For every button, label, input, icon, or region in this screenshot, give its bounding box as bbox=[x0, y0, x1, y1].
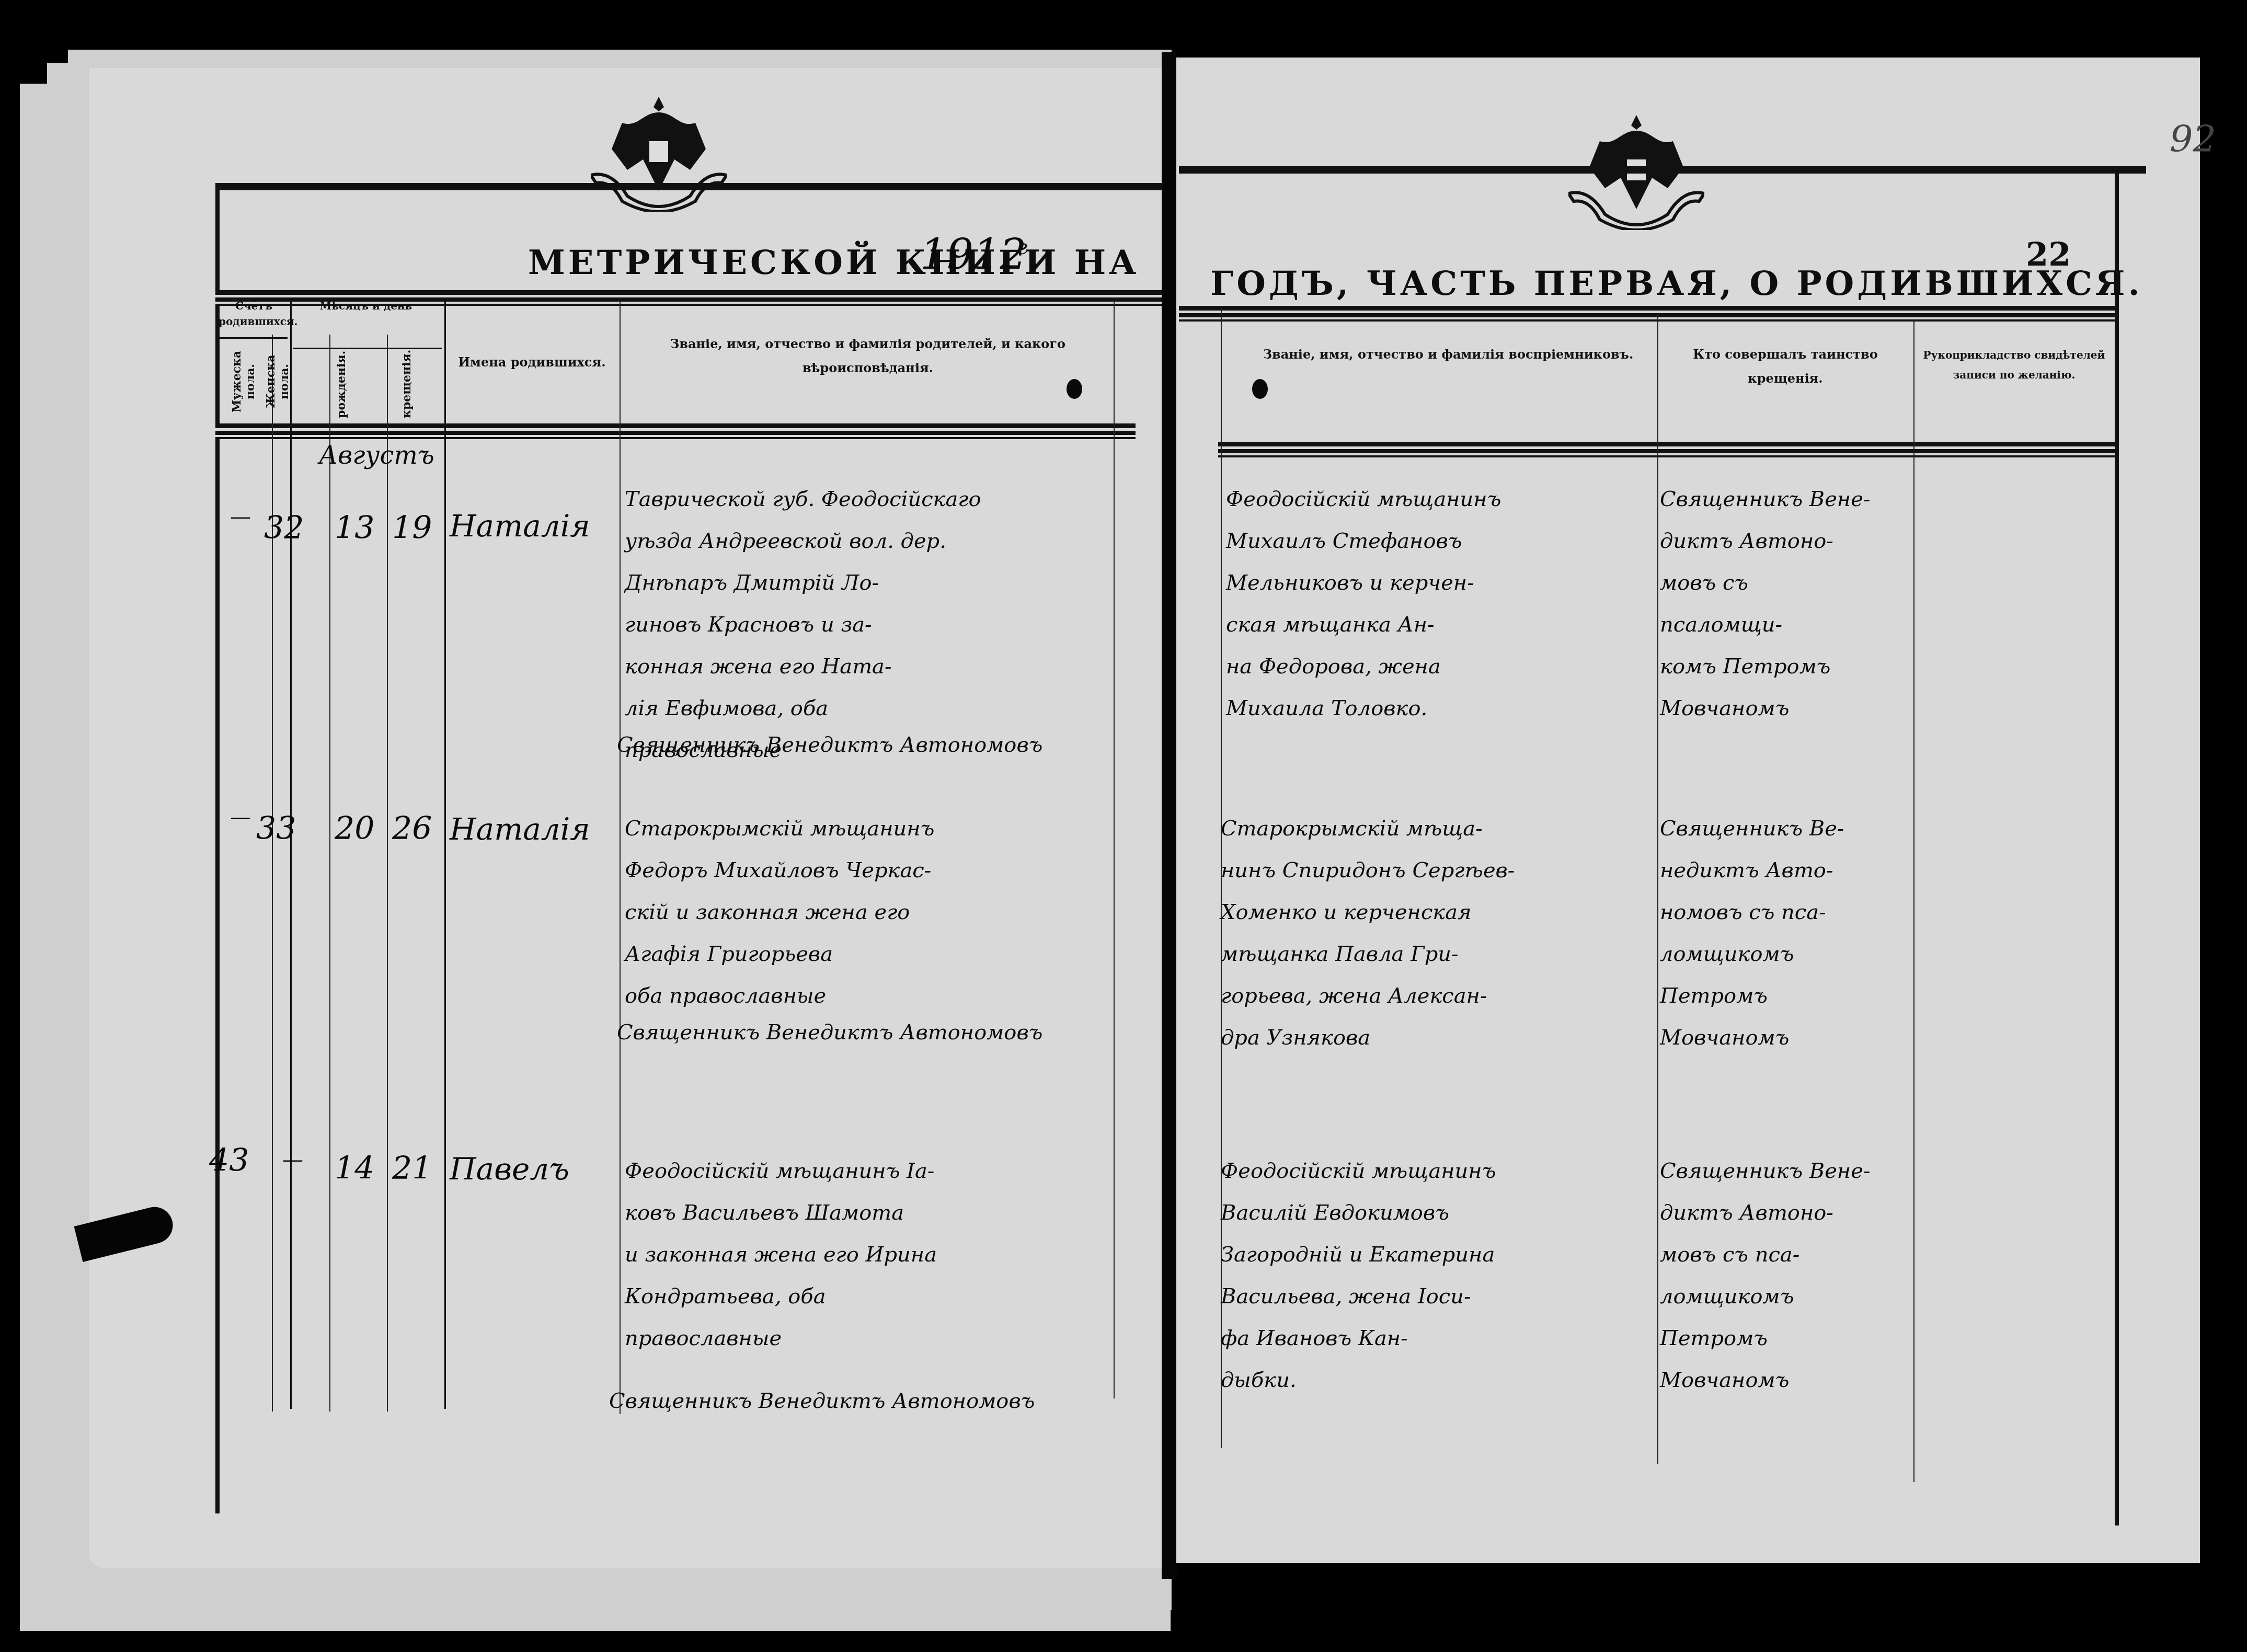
header-date-baptism: крещенія. bbox=[400, 353, 414, 418]
entry-3-parents-signature: Священникъ Венедиктъ Автономовъ bbox=[609, 1380, 1080, 1422]
header-count-group: Счётъ родившихся. bbox=[219, 298, 289, 329]
subheader-rule-date bbox=[293, 348, 442, 349]
entry-3-parents: Феодосійскій мѣщанинъ Іа- ковъ Васильевъ… bbox=[625, 1150, 1111, 1359]
archive-folio-number: 92 bbox=[2170, 118, 2216, 160]
entry-2-male-no: — bbox=[230, 805, 251, 829]
imperial-eagle-emblem-left bbox=[591, 91, 727, 214]
col-rule-6 bbox=[620, 301, 621, 1414]
header-date-birth: рожденія. bbox=[335, 353, 348, 418]
entry-2-godparents: Старокрымскій мѣща- нинъ Спиридонъ Сергѣ… bbox=[1221, 808, 1655, 1059]
entry-1-baptism-day: 19 bbox=[392, 510, 432, 546]
left-frame-border bbox=[215, 186, 220, 1513]
entry-3-godparents: Феодосійскій мѣщанинъ Василій Евдокимовъ… bbox=[1221, 1150, 1655, 1401]
header-date-group: Мѣсяцъ и день bbox=[293, 298, 439, 314]
entry-1-male-no: — bbox=[230, 504, 251, 529]
binding-hole bbox=[1067, 379, 1082, 399]
right-top-band bbox=[1179, 166, 2146, 174]
subheader-rule-count bbox=[220, 337, 288, 339]
entry-3-female-no: — bbox=[282, 1148, 303, 1172]
entry-1-birth-day: 13 bbox=[335, 510, 374, 546]
col-rule-4 bbox=[387, 335, 388, 1412]
year-handwritten: 1912 bbox=[920, 230, 1027, 279]
col-rule-2 bbox=[290, 301, 292, 1409]
entry-1-godparents: Феодосійскій мѣщанинъ Михаилъ Стефановъ … bbox=[1226, 478, 1655, 729]
col-rule-7 bbox=[1114, 301, 1115, 1398]
printed-page-number: 22 bbox=[2026, 235, 2071, 273]
binding-hole bbox=[1252, 379, 1268, 399]
entry-2-name: Наталія bbox=[450, 808, 590, 851]
title-left: МЕТРИЧЕСКОЙ КНИГИ НА bbox=[528, 243, 1139, 282]
entry-2-birth-day: 20 bbox=[335, 810, 374, 847]
left-top-band bbox=[215, 183, 1162, 190]
right-frame-border bbox=[2115, 166, 2119, 1525]
entry-2-parents-signature: Священникъ Венедиктъ Автономовъ bbox=[617, 1012, 1114, 1053]
header-count-female: Женска пола. bbox=[264, 345, 291, 418]
entry-2-baptism-day: 26 bbox=[392, 810, 432, 847]
double-headed-eagle-icon bbox=[591, 91, 727, 212]
right-title-band bbox=[1179, 306, 2115, 324]
entry-1-parents-signature: Священникъ Венедиктъ Автономовъ bbox=[617, 724, 1114, 766]
entry-1-female-no: 32 bbox=[264, 510, 304, 546]
year-suffix: г. bbox=[1017, 235, 1034, 259]
entry-3-officiant: Священникъ Вене- диктъ Автоно- мовъ съ п… bbox=[1660, 1150, 1911, 1401]
entry-1-name: Наталія bbox=[450, 504, 590, 547]
title-right: ГОДЪ, ЧАСТЬ ПЕРВАЯ, О РОДИВШИХСЯ. bbox=[1210, 264, 2143, 303]
col-rule-3 bbox=[329, 335, 330, 1412]
right-header-band bbox=[1218, 442, 2115, 460]
header-witness-signatures: Рукоприкладство свидѣтелей записи по жел… bbox=[1916, 345, 2112, 385]
col-rule-5 bbox=[444, 301, 446, 1409]
col-rule-r3 bbox=[1913, 322, 1914, 1482]
header-godparents: Званіе, имя, отчество и фамилія воспріем… bbox=[1255, 342, 1642, 366]
entry-2-female-no: 33 bbox=[256, 810, 296, 847]
col-rule-r2 bbox=[1657, 314, 1658, 1464]
header-count-male: Мужеска пола. bbox=[230, 345, 257, 418]
entry-2-officiant: Священникъ Ве- недиктъ Авто- номовъ съ п… bbox=[1660, 808, 1911, 1059]
book-gutter bbox=[1162, 52, 1177, 1579]
entry-1-officiant: Священникъ Вене- диктъ Автоно- мовъ съ п… bbox=[1660, 478, 1911, 729]
month-heading: Августъ bbox=[319, 434, 434, 477]
entry-2-parents: Старокрымскій мѣщанинъ Федоръ Михайловъ … bbox=[625, 808, 1111, 1017]
header-parents: Званіе, имя, отчество и фамилія родителе… bbox=[625, 332, 1111, 380]
entry-3-birth-day: 14 bbox=[335, 1150, 374, 1187]
col-rule-1 bbox=[272, 335, 273, 1412]
entry-3-name: Павелъ bbox=[450, 1148, 569, 1190]
header-names: Имена родившихся. bbox=[447, 350, 617, 374]
entry-3-baptism-day: 21 bbox=[392, 1150, 432, 1187]
header-officiant: Кто совершалъ таинство крещенія. bbox=[1663, 342, 1908, 390]
entry-3-male-no: 43 bbox=[209, 1142, 249, 1179]
